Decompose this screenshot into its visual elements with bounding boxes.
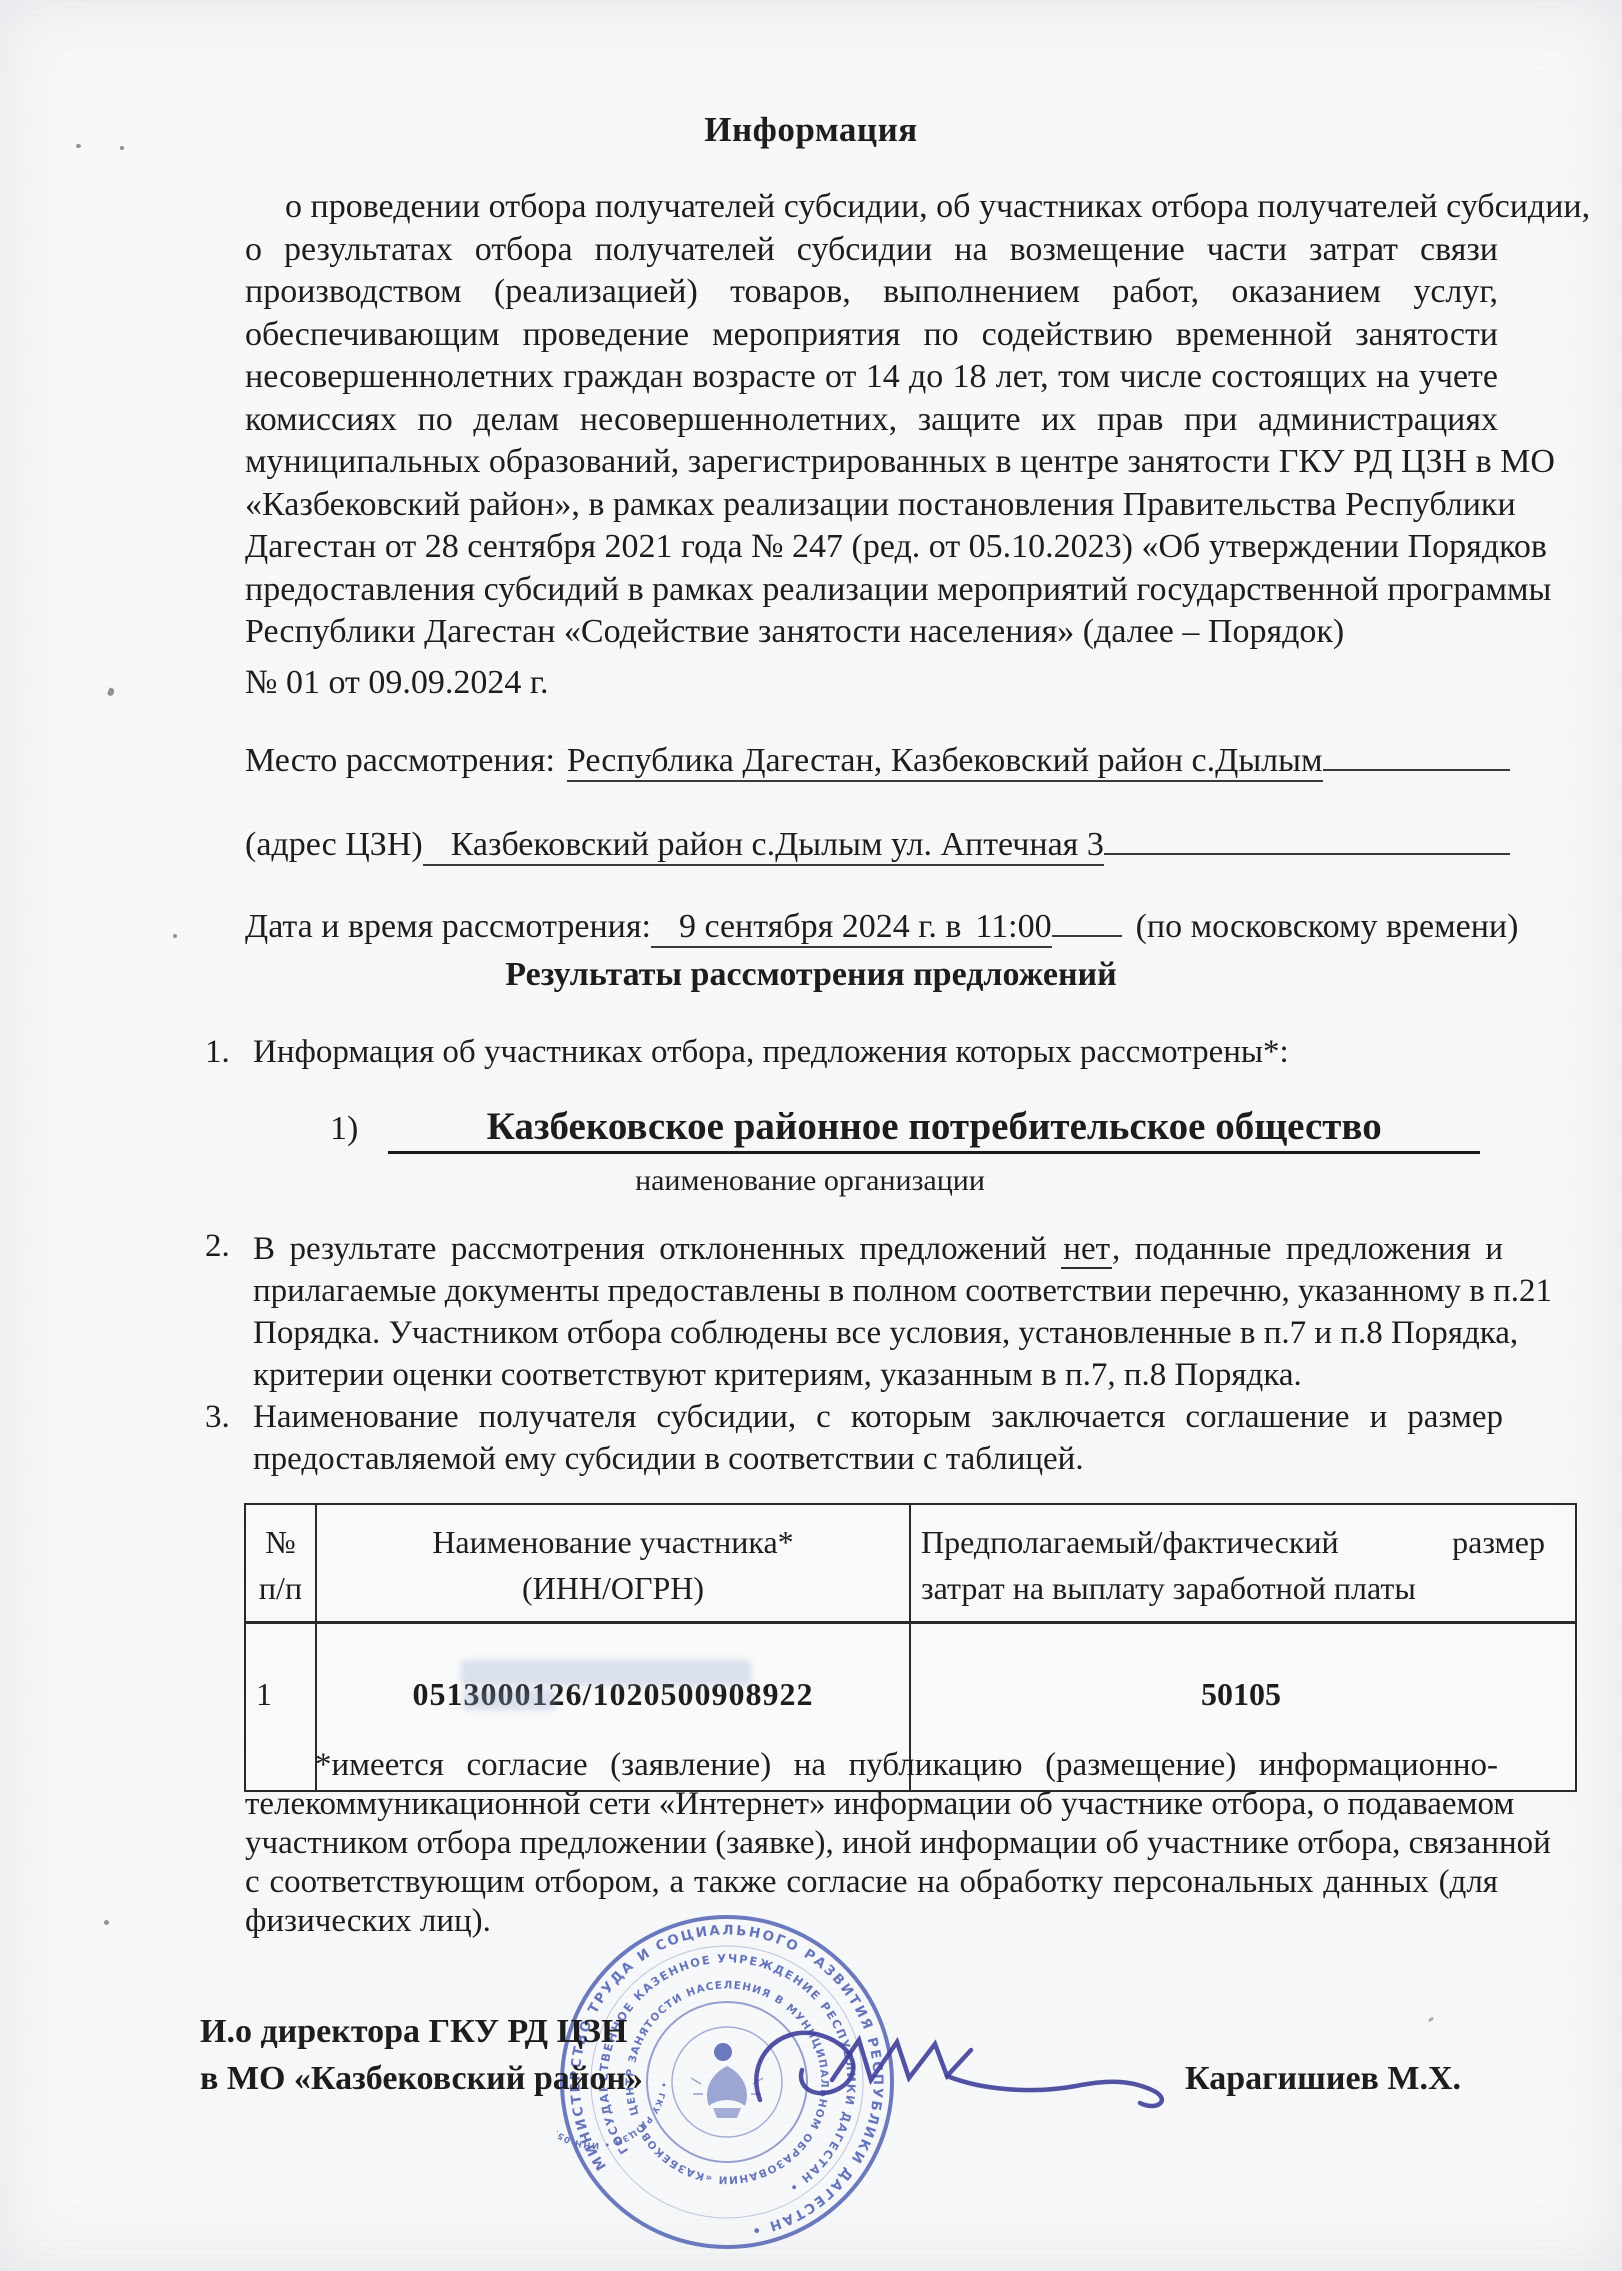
- list-item-number: 1.: [205, 1034, 253, 1071]
- intro-line: муниципальных образований, зарегистриров…: [245, 441, 1498, 484]
- field-datetime-label: Дата и время рассмотрения:: [245, 908, 651, 946]
- intro-line: несовершеннолетних граждан возрасте от 1…: [245, 356, 1498, 399]
- field-address-value: Казбековский район с.Дылым ул. Аптечная …: [423, 826, 1104, 866]
- list-items-2-3: 2. В результате рассмотрения отклоненных…: [205, 1228, 1505, 1480]
- scan-speck: [104, 1920, 109, 1925]
- intro-line: предоставления субсидий в рамках реализа…: [245, 569, 1498, 612]
- list-item-number: 2.: [205, 1228, 253, 1480]
- item2-line: прилагаемые документы предоставлены в по…: [253, 1270, 1503, 1312]
- item2-line: В результате рассмотрения отклоненных пр…: [253, 1228, 1503, 1270]
- footnote-line: телекоммуникационной сети «Интернет» инф…: [245, 1785, 1498, 1824]
- results-heading: Результаты рассмотрения предложений: [0, 956, 1622, 994]
- intro-line: производством (реализацией) товаров, вып…: [245, 271, 1498, 314]
- field-datetime-suffix: (по московскому времени): [1122, 908, 1519, 946]
- intro-line: Дагестан от 28 сентября 2021 года № 247 …: [245, 526, 1498, 569]
- list-item-2-3-text: В результате рассмотрения отклоненных пр…: [253, 1228, 1503, 1480]
- page-title: Информация: [0, 110, 1622, 150]
- item2-line: критерии оценки соответствуют критериям,…: [253, 1354, 1503, 1396]
- table-header-row: № п/п Наименование участника* (ИНН/ОГРН)…: [246, 1505, 1575, 1624]
- intro-paragraph: о проведении отбора получателей субсидии…: [245, 186, 1498, 654]
- signatory-position: И.о директора ГКУ РД ЦЗН в МО «Казбековс…: [200, 2008, 643, 2102]
- field-datetime-time: 11:00: [961, 908, 1051, 948]
- item3-line: предоставляемой ему субсидии в соответст…: [253, 1438, 1503, 1480]
- list-item-text: Информация об участниках отбора, предлож…: [253, 1034, 1503, 1071]
- footnote-line: с соответствующим отбором, а также согла…: [245, 1863, 1498, 1902]
- intro-line: о проведении отбора получателей субсидии…: [245, 186, 1498, 229]
- item3-row: 3.Наименование получателя субсидии, с ко…: [253, 1396, 1503, 1438]
- footnote-line: участником отбора предложении (заявке), …: [245, 1824, 1498, 1863]
- scan-speck: [120, 146, 124, 150]
- scanned-document-page: Информация о проведении отбора получател…: [0, 0, 1622, 2271]
- intro-line: «Казбековский район», в рамках реализаци…: [245, 484, 1498, 527]
- intro-line: о результатах отбора получателей субсиди…: [245, 229, 1498, 272]
- protocol-number: № 01 от 09.09.2024 г.: [245, 664, 548, 702]
- field-address-label: (адрес ЦЗН): [245, 826, 423, 864]
- header-cell-participant: Наименование участника* (ИНН/ОГРН): [317, 1505, 911, 1621]
- field-address: (адрес ЦЗН) Казбековский район с.Дылым у…: [245, 826, 1510, 866]
- underline-filler: [1104, 853, 1510, 855]
- organization-row: 1) Казбековское районное потребительское…: [330, 1104, 1480, 1154]
- item2-line: Порядка. Участником отбора соблюдены все…: [253, 1312, 1503, 1354]
- intro-line: комиссиях по делам несовершеннолетних, з…: [245, 399, 1498, 442]
- underline-filler: [1323, 769, 1511, 771]
- field-place-value: Республика Дагестан, Казбековский район …: [567, 742, 1323, 782]
- signatory-name: Карагишиев М.Х.: [1185, 2060, 1461, 2098]
- handwritten-signature: [700, 2000, 1260, 2170]
- underlined-word: нет: [1061, 1231, 1112, 1269]
- scan-speck: [173, 934, 177, 938]
- scan-speck: [107, 687, 115, 697]
- field-datetime-value: 9 сентября 2024 г. в: [651, 908, 961, 948]
- header-cell-amount: Предполагаемый/фактическийразмер затрат …: [911, 1505, 1571, 1621]
- underline-filler: [1052, 935, 1122, 937]
- scan-speck: [76, 144, 81, 148]
- intro-line: Республики Дагестан «Содействие занятост…: [245, 611, 1498, 654]
- header-cell-num: № п/п: [246, 1505, 317, 1621]
- scan-speck: [1428, 2017, 1435, 2023]
- footnote-line: *имеется согласие (заявление) на публика…: [245, 1746, 1498, 1785]
- ghost-correction-mark: [463, 1690, 555, 1710]
- field-datetime: Дата и время рассмотрения: 9 сентября 20…: [245, 908, 1545, 948]
- intro-line: обеспечивающим проведение мероприятия по…: [245, 314, 1498, 357]
- list-item-1: 1. Информация об участниках отбора, пред…: [205, 1034, 1505, 1071]
- organization-caption: наименование организации: [245, 1164, 1375, 1198]
- list-item-number: 3.: [205, 1396, 253, 1438]
- field-place: Место рассмотрения: Республика Дагестан,…: [245, 742, 1510, 782]
- field-place-label: Место рассмотрения:: [245, 742, 555, 780]
- organization-index: 1): [330, 1110, 358, 1148]
- ghost-correction-mark: [461, 1660, 751, 1686]
- organization-name: Казбековское районное потребительское об…: [388, 1104, 1480, 1154]
